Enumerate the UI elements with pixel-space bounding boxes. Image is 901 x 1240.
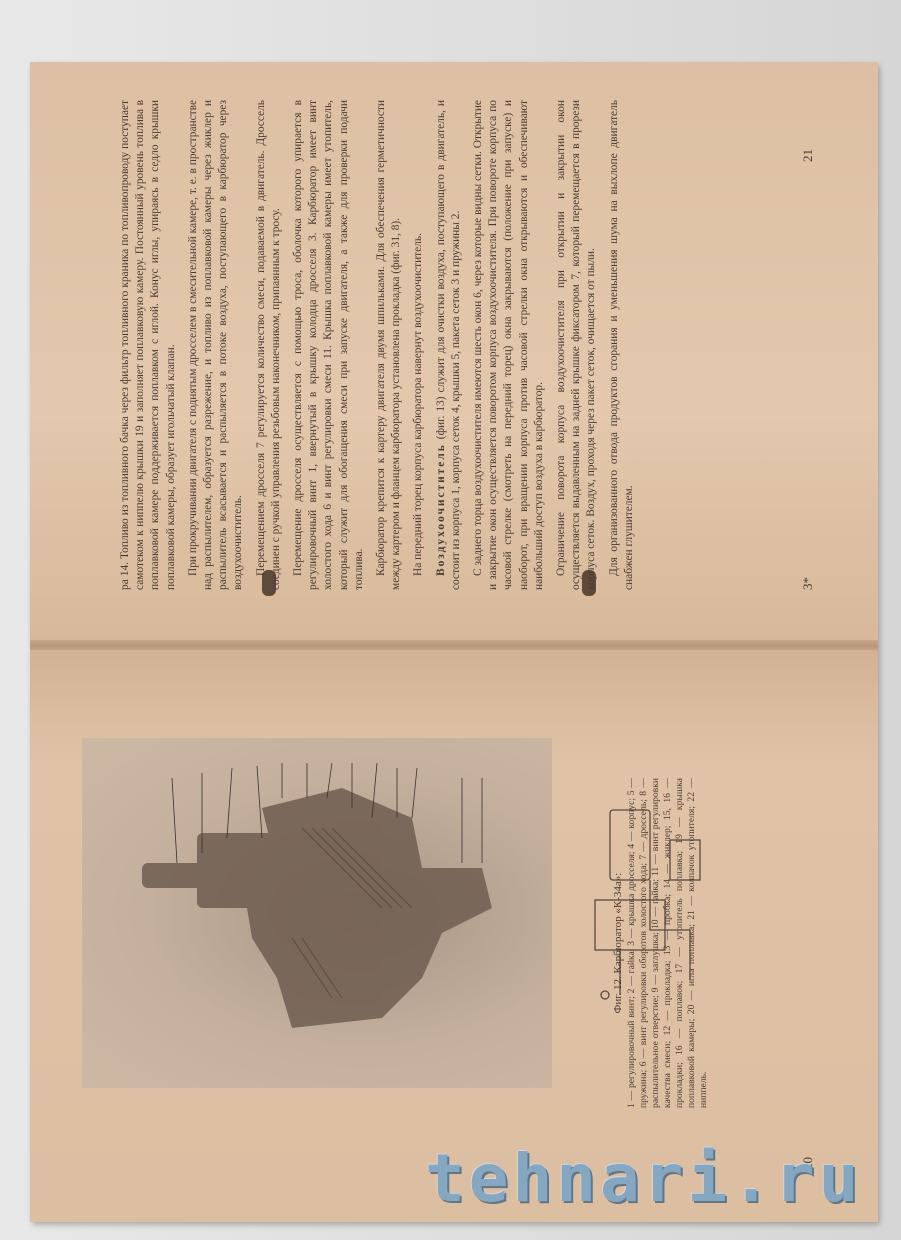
paragraph: На передний торец корпуса карбюратора на… <box>411 100 426 590</box>
paragraph: ра 14. Топливо из топливного бачка через… <box>118 100 179 590</box>
paragraph: Ограничение поворота корпуса воздухоочис… <box>554 100 600 590</box>
paragraph: Карбюратор крепится к картеру двигателя … <box>374 100 404 590</box>
paragraph: С заднего торца воздухоочистителя имеютс… <box>471 100 547 590</box>
figure-caption: Фиг. 12. Карбюратор «К-34а»: 1 — регулир… <box>612 778 710 1108</box>
paragraph: При прокручивании двигателя с поднятым д… <box>186 100 247 590</box>
paragraph: Перемещение дросселя осуществляется с по… <box>291 100 367 590</box>
paragraph: Для организованного отвода продуктов сго… <box>607 100 637 590</box>
carburetor-photo <box>82 738 552 1088</box>
page-21-text: ра 14. Топливо из топливного бачка через… <box>118 100 644 590</box>
carburetor-cutaway-illustration <box>82 738 552 1088</box>
paragraph: Перемещением дросселя 7 регулируется кол… <box>254 100 284 590</box>
page-number-21: 21 <box>800 149 816 162</box>
site-watermark: tehnari.ru <box>425 1140 862 1217</box>
section-heading: Воздухоочиститель <box>435 443 447 576</box>
signature-mark: 3* <box>800 577 816 590</box>
figure-title: Фиг. 12. Карбюратор «К-34а»: <box>612 778 624 1108</box>
figure-legend: 1 — регулировочный винт; 2 — гайка; 3 — … <box>626 778 710 1108</box>
air-cleaner-paragraph: Воздухоочиститель (фиг. 13) служит для о… <box>434 100 464 590</box>
